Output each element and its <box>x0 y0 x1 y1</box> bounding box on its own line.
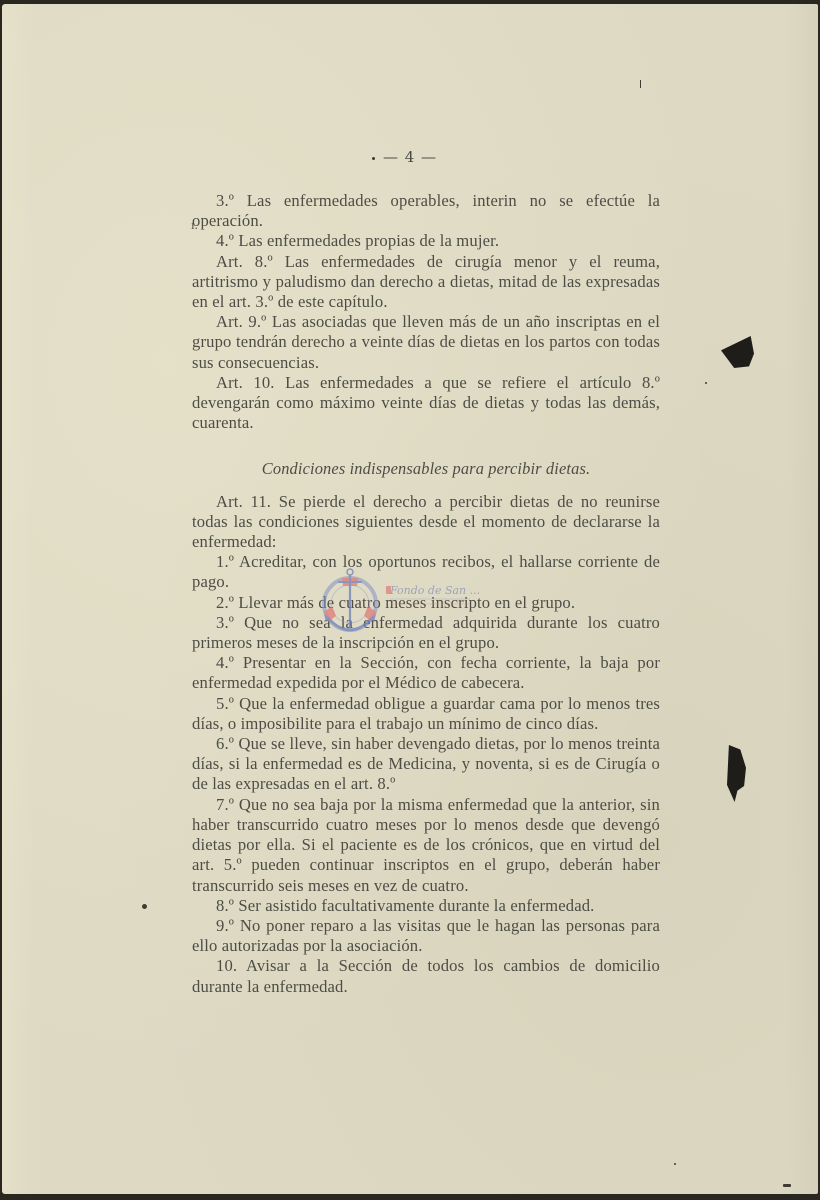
paragraph: 6.º Que se lleve, sin haber devengado di… <box>192 734 660 795</box>
paragraph: 1.º Acreditar, con los oportunos recibos… <box>192 552 660 592</box>
paragraph: Art. 10. Las enfermedades a que se refie… <box>192 373 660 434</box>
speck <box>640 80 641 88</box>
paragraphs-after-heading: Art. 11. Se pierde el derecho a percibir… <box>192 492 660 997</box>
speck <box>674 1163 676 1165</box>
paragraph: 3.º Las enfermedades operables, interin … <box>192 191 660 231</box>
speck <box>142 904 147 909</box>
paragraph: 10. Avisar a la Sección de todos los cam… <box>192 956 660 996</box>
paragraph: 2.º Llevar más de cuatro meses inscripto… <box>192 593 660 613</box>
paragraphs-before-heading: 3.º Las enfermedades operables, interin … <box>192 191 660 433</box>
paper-hole <box>727 745 746 802</box>
paragraph: 3.º Que no sea la enfermedad adquirida d… <box>192 613 660 653</box>
speck <box>783 1184 791 1187</box>
document-body: 3.º Las enfermedades operables, interin … <box>192 191 660 997</box>
section-heading: Condiciones indispensables para percibir… <box>192 459 660 479</box>
speck <box>705 382 707 384</box>
paragraph: Art. 11. Se pierde el derecho a percibir… <box>192 492 660 553</box>
paragraph: Art. 8.º Las enfermedades de cirugía men… <box>192 252 660 313</box>
speck <box>372 157 375 160</box>
paragraph: Art. 9.º Las asociadas que lleven más de… <box>192 312 660 373</box>
document-page: — 4 — ı. 3.º Las enfermedades operables,… <box>2 4 818 1194</box>
page-number: — 4 — <box>2 148 818 166</box>
paragraph: 4.º Las enfermedades propias de la mujer… <box>192 231 660 251</box>
paragraph: 8.º Ser asistido facultativamente durant… <box>192 896 660 916</box>
paragraph: 7.º Que no sea baja por la misma enferme… <box>192 795 660 896</box>
paragraph: 4.º Presentar en la Sección, con fecha c… <box>192 653 660 693</box>
paper-hole <box>721 336 754 368</box>
paragraph: 5.º Que la enfermedad obligue a guardar … <box>192 694 660 734</box>
paragraph: 9.º No poner reparo a las visitas que le… <box>192 916 660 956</box>
